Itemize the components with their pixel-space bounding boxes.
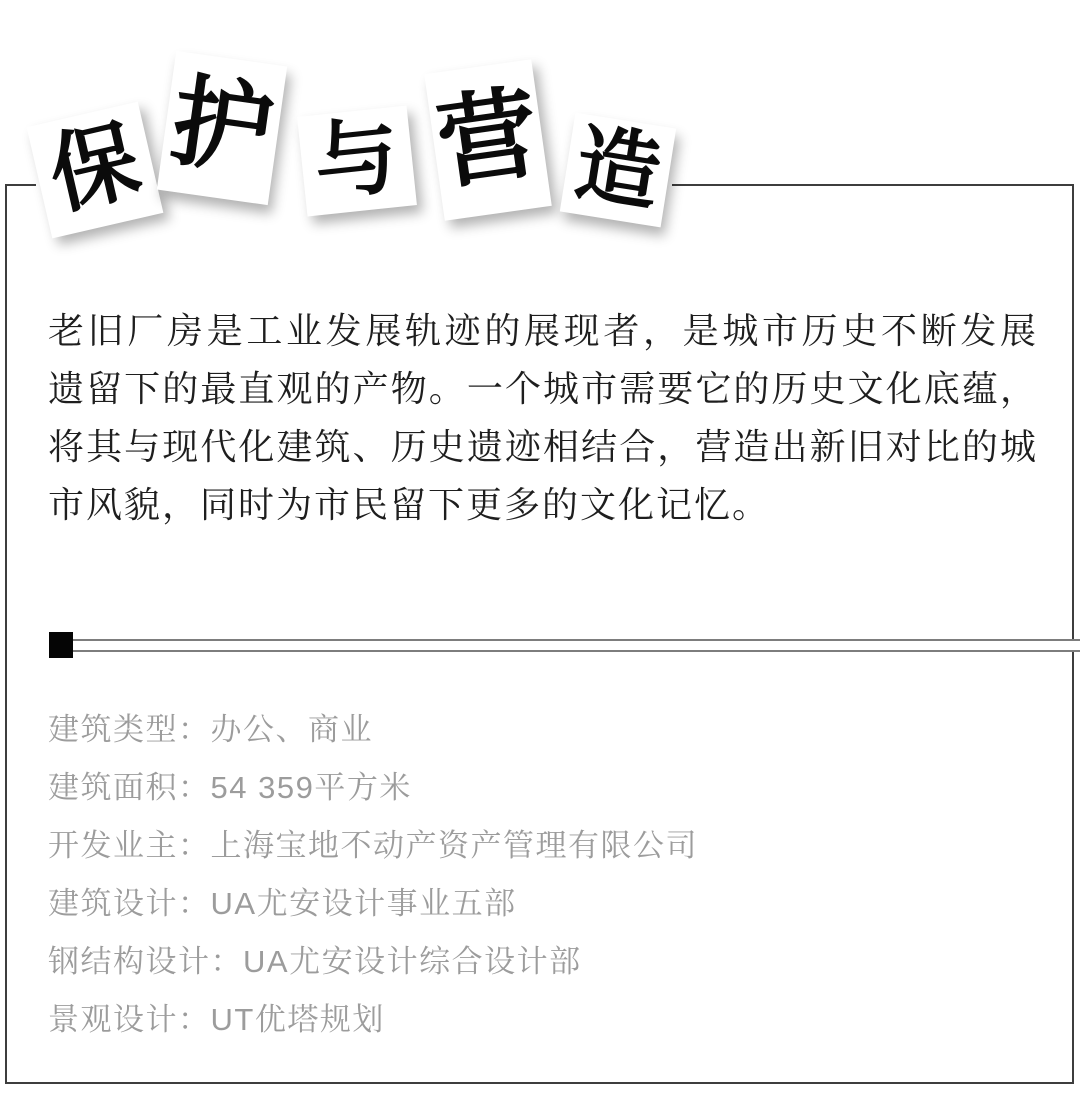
- info-label: 开发业主: [48, 828, 178, 863]
- info-value: 上海宝地不动产资产管理有限公司: [211, 828, 699, 863]
- article-page: 保 护 与 营 造 老旧厂房是工业发展轨迹的展现者，是城市历史不断发展 遗留下的…: [0, 0, 1080, 1118]
- info-value: 54 359平方米: [211, 770, 412, 805]
- info-label: 建筑面积: [48, 770, 178, 805]
- info-value: UA尤安设计综合设计部: [243, 944, 582, 979]
- info-label: 钢结构设计: [48, 944, 211, 979]
- info-label: 建筑类型: [48, 712, 178, 747]
- paragraph-line: 遗留下的最直观的产物。一个城市需要它的历史文化底蕴，: [48, 360, 1038, 418]
- title-card-hu: 护: [157, 51, 287, 205]
- project-info-row: 景观设计：UT优塔规划: [48, 991, 1048, 1049]
- divider-double-line: [73, 639, 1080, 652]
- info-label: 建筑设计: [48, 886, 178, 921]
- title-card-zao: 造: [560, 113, 676, 228]
- info-value: UT优塔规划: [211, 1002, 385, 1037]
- frame-left-border: [5, 184, 7, 1084]
- project-info-row: 开发业主：上海宝地不动产资产管理有限公司: [48, 817, 1048, 875]
- info-separator: ：: [211, 944, 244, 979]
- title-card-char: 与: [311, 115, 403, 207]
- intro-paragraph: 老旧厂房是工业发展轨迹的展现者，是城市历史不断发展 遗留下的最直观的产物。一个城…: [48, 302, 1038, 534]
- paragraph-line: 老旧厂房是工业发展轨迹的展现者，是城市历史不断发展: [48, 302, 1038, 360]
- title-card-char: 护: [166, 72, 279, 185]
- project-info-row: 钢结构设计：UA尤安设计综合设计部: [48, 933, 1048, 991]
- project-info-row: 建筑类型：办公、商业: [48, 701, 1048, 759]
- info-separator: ：: [178, 886, 211, 921]
- project-info-list: 建筑类型：办公、商业 建筑面积：54 359平方米 开发业主：上海宝地不动产资产…: [48, 701, 1048, 1049]
- divider-square-marker: [49, 632, 73, 658]
- project-info-row: 建筑设计：UA尤安设计事业五部: [48, 875, 1048, 933]
- frame-right-border: [1072, 184, 1074, 1084]
- info-separator: ：: [178, 1002, 211, 1037]
- paragraph-line: 将其与现代化建筑、历史遗迹相结合，营造出新旧对比的城: [48, 418, 1038, 476]
- frame-bottom-border: [5, 1082, 1074, 1084]
- title-card-group: 保 护 与 营 造: [0, 0, 1080, 260]
- project-info-row: 建筑面积：54 359平方米: [48, 759, 1048, 817]
- title-card-ying: 营: [424, 59, 552, 221]
- title-card-yu: 与: [297, 106, 417, 217]
- title-card-char: 保: [42, 117, 148, 223]
- paragraph-line: 市风貌，同时为市民留下更多的文化记忆。: [48, 476, 1038, 534]
- title-card-bao: 保: [27, 102, 164, 239]
- info-separator: ：: [178, 828, 211, 863]
- info-separator: ：: [178, 770, 211, 805]
- info-value: 办公、商业: [211, 712, 374, 747]
- info-separator: ：: [178, 712, 211, 747]
- info-label: 景观设计: [48, 1002, 178, 1037]
- info-value: UA尤安设计事业五部: [211, 886, 517, 921]
- title-card-char: 造: [570, 122, 666, 218]
- title-card-char: 营: [432, 84, 545, 197]
